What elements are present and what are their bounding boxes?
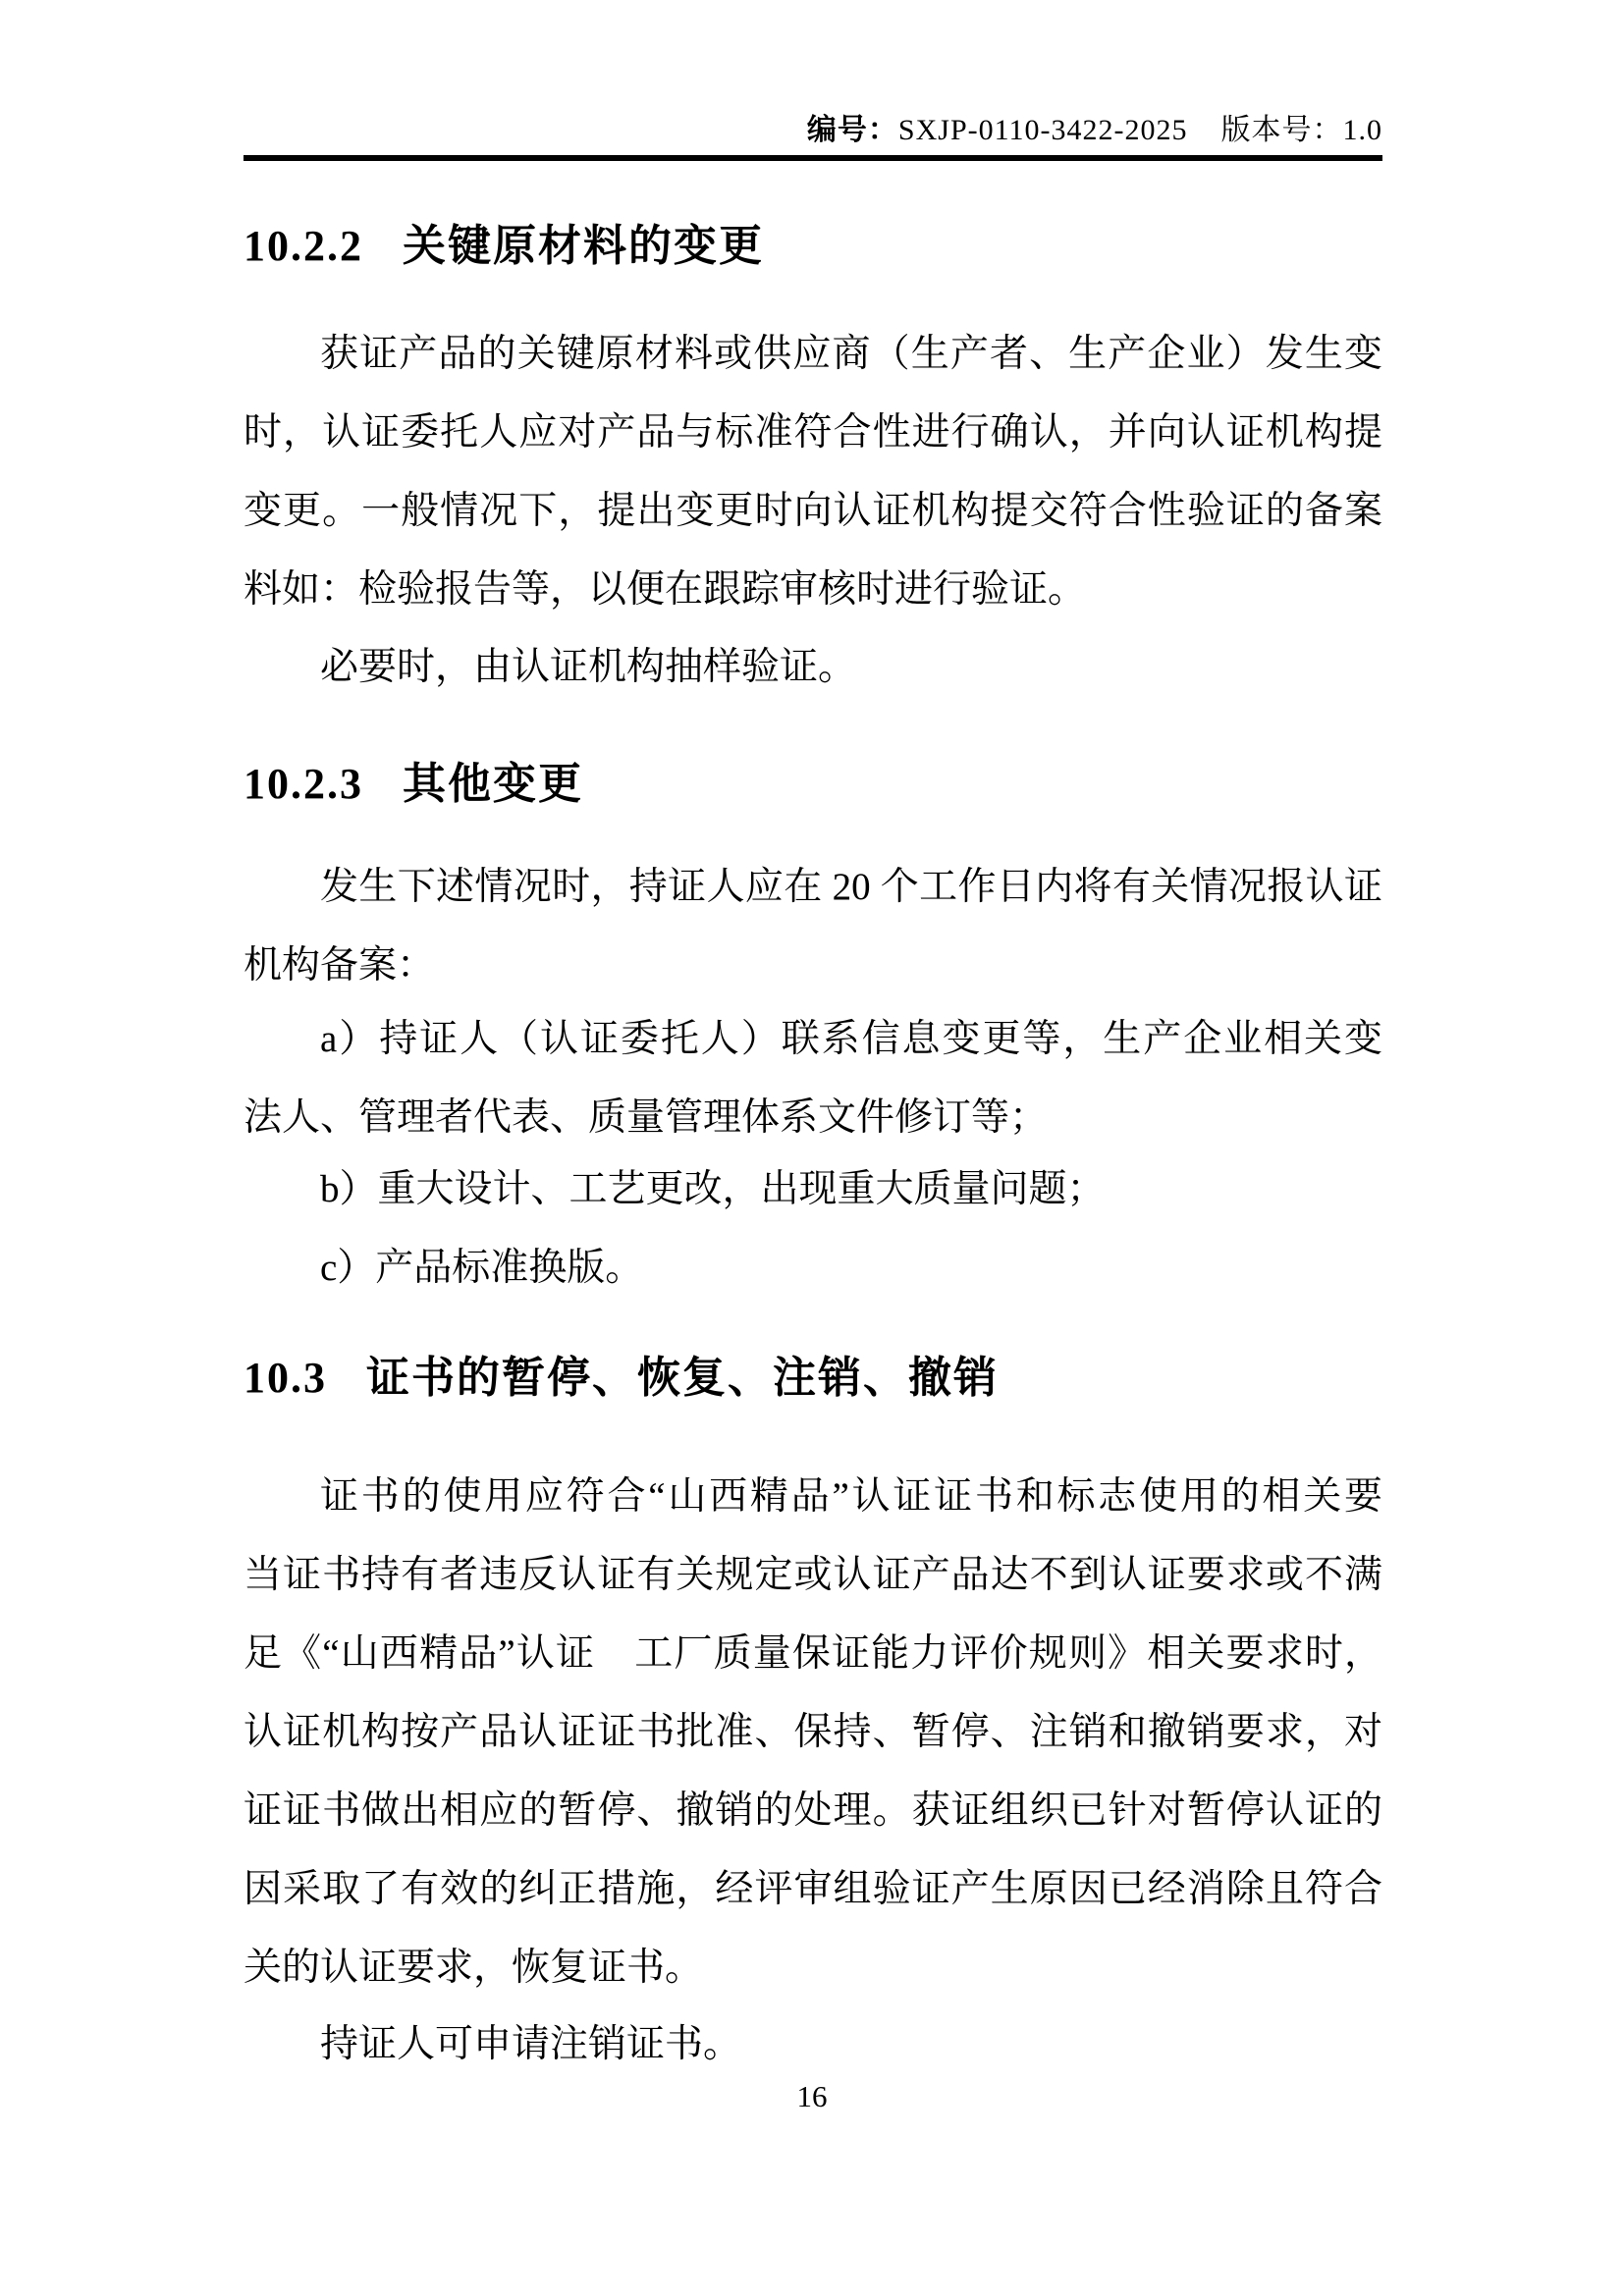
document-page: 编号：SXJP-0110-3422-2025版本号：1.0 10.2.2关键原材… xyxy=(0,0,1624,2296)
page-number: 16 xyxy=(0,2077,1624,2116)
doc-version-value: 1.0 xyxy=(1343,114,1383,146)
doc-number-label: 编号： xyxy=(807,114,898,146)
text-line: 足《“山西精品”认证 工厂质量保证能力评价规则》相关要求时， xyxy=(244,1615,1382,1693)
text-line: 关的认证要求，恢复证书。 xyxy=(244,1929,1382,2007)
text-line: 持证人可申请注销证书。 xyxy=(244,2005,1382,2084)
heading-title: 其他变更 xyxy=(403,760,583,808)
section-heading-10-2-3: 10.2.3其他变更 xyxy=(244,758,1382,811)
heading-number: 10.2.2 xyxy=(244,222,363,270)
paragraph: 获证产品的关键原材料或供应商（生产者、生产企业）发生变化 时，认证委托人应对产品… xyxy=(244,315,1382,629)
doc-version-label: 版本号： xyxy=(1221,114,1343,146)
doc-number-value: SXJP-0110-3422-2025 xyxy=(898,114,1188,146)
text-line: 因采取了有效的纠正措施，经评审组验证产生原因已经消除且符合相 xyxy=(244,1850,1382,1929)
text-line: 证书的使用应符合“山西精品”认证证书和标志使用的相关要求。 xyxy=(244,1458,1382,1536)
text-line: 获证产品的关键原材料或供应商（生产者、生产企业）发生变化 xyxy=(244,315,1382,394)
text-line: 料如：检验报告等，以便在跟踪审核时进行验证。 xyxy=(244,551,1382,629)
section-heading-10-3: 10.3证书的暂停、恢复、注销、撤销 xyxy=(244,1352,1382,1405)
section-heading-10-2-2: 10.2.2关键原材料的变更 xyxy=(244,220,1382,273)
text-line: 必要时，由认证机构抽样验证。 xyxy=(244,628,1382,707)
text-line: 当证书持有者违反认证有关规定或认证产品达不到认证要求或不满 xyxy=(244,1536,1382,1615)
text-line: 时，认证委托人应对产品与标准符合性进行确认，并向认证机构提出 xyxy=(244,394,1382,472)
paragraph: 证书的使用应符合“山西精品”认证证书和标志使用的相关要求。 当证书持有者违反认证… xyxy=(244,1458,1382,2007)
paragraph: 持证人可申请注销证书。 xyxy=(244,2005,1382,2084)
list-item-c: c）产品标准换版。 xyxy=(244,1229,1382,1308)
heading-number: 10.3 xyxy=(244,1354,327,1402)
text-line: 证证书做出相应的暂停、撤销的处理。获证组织已针对暂停认证的原 xyxy=(244,1772,1382,1850)
heading-title: 证书的暂停、恢复、注销、撤销 xyxy=(366,1354,999,1402)
list-item-a: a）持证人（认证委托人）联系信息变更等，生产企业相关变化： 法人、管理者代表、质… xyxy=(244,1000,1382,1157)
text-line: 法人、管理者代表、质量管理体系文件修订等； xyxy=(244,1079,1382,1157)
heading-number: 10.2.3 xyxy=(244,760,363,808)
text-line: b）重大设计、工艺更改，出现重大质量问题； xyxy=(244,1150,1382,1229)
text-line: 变更。一般情况下，提出变更时向认证机构提交符合性验证的备案资 xyxy=(244,472,1382,551)
page-header: 编号：SXJP-0110-3422-2025版本号：1.0 xyxy=(244,110,1382,161)
text-line: 机构备案： xyxy=(244,927,1382,1005)
list-item-b: b）重大设计、工艺更改，出现重大质量问题； xyxy=(244,1150,1382,1229)
paragraph: 必要时，由认证机构抽样验证。 xyxy=(244,628,1382,707)
paragraph: 发生下述情况时，持证人应在 20 个工作日内将有关情况报认证 机构备案： xyxy=(244,848,1382,1005)
text-line: c）产品标准换版。 xyxy=(244,1229,1382,1308)
text-line: a）持证人（认证委托人）联系信息变更等，生产企业相关变化： xyxy=(244,1000,1382,1079)
heading-title: 关键原材料的变更 xyxy=(403,222,764,270)
text-line: 发生下述情况时，持证人应在 20 个工作日内将有关情况报认证 xyxy=(244,848,1382,927)
text-line: 认证机构按产品认证证书批准、保持、暂停、注销和撤销要求，对认 xyxy=(244,1693,1382,1772)
